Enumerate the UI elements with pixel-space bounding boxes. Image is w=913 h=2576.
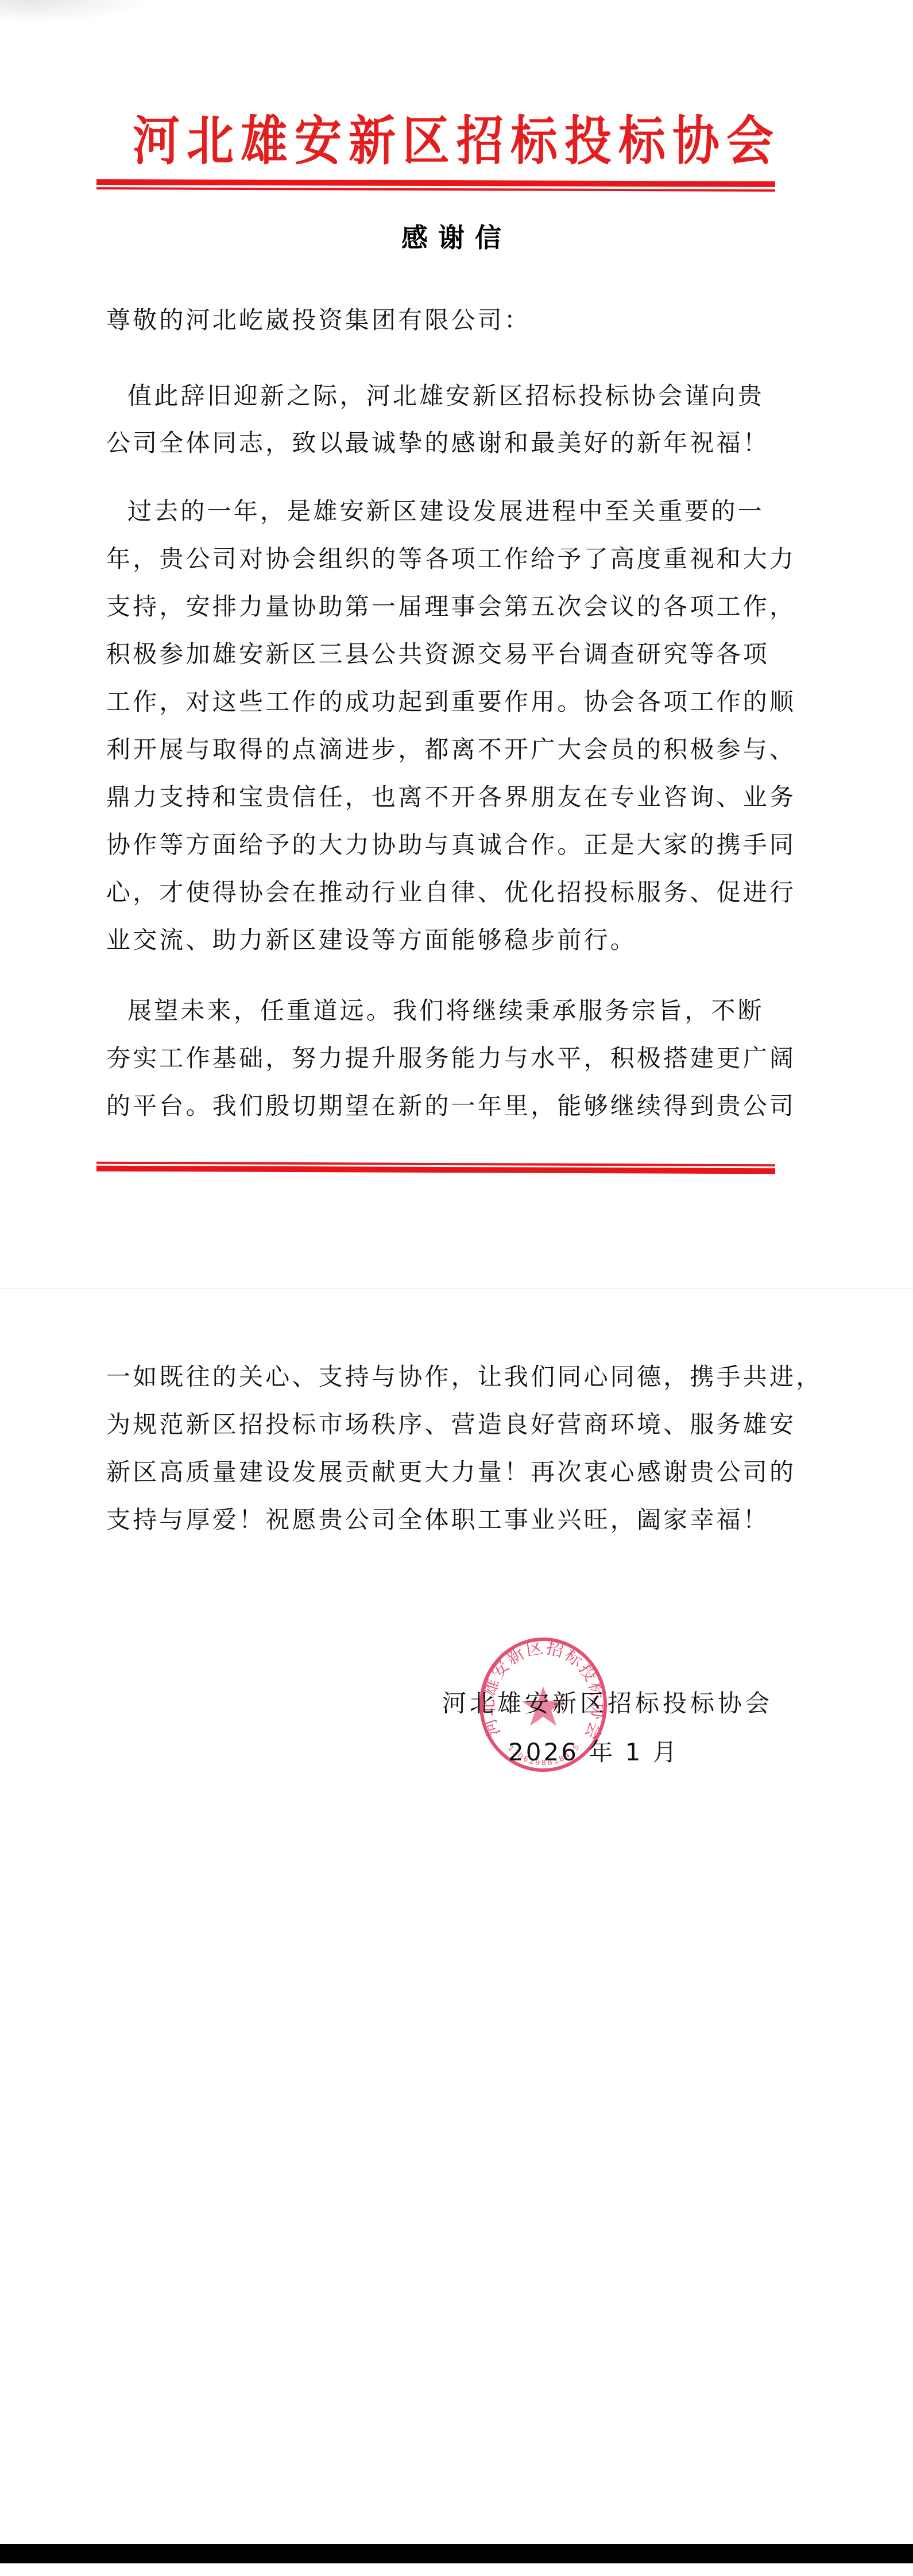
letterhead-title: 河北雄安新区招标投标协会 [0,109,913,173]
rule-thick-line [96,1166,775,1174]
paragraph2-line: 业交流、助力新区建设等方面能够稳步前行。 [106,925,637,955]
paragraph1-line: 公司全体同志，致以最诚挚的感谢和最美好的新年祝福！ [106,428,769,458]
signature-organization: 河北雄安新区招标投标协会 [442,1685,773,1719]
paragraph2-line: 年，贵公司对协会组织的等各项工作给予了高度重视和大力 [106,544,796,574]
paragraph2-line: 心，才使得协会在推动行业自律、优化招投标服务、促进行 [106,878,796,907]
rule-thick-line [96,179,775,187]
paragraph2-line: 协作等方面给予的大力协助与真诚合作。正是大家的携手同 [106,830,796,860]
paragraph3-line: 展望未来，任重道远。我们将继续秉承服务宗旨，不断 [127,996,764,1026]
paragraph3-continued-line: 支持与厚爱！祝愿贵公司全体职工事业兴旺，阖家幸福！ [106,1505,769,1535]
paragraph1-line: 值此辞旧迎新之际，河北雄安新区招标投标协会谨向贵 [127,381,764,411]
paragraph3-continued-line: 一如既往的关心、支持与协作，让我们同心同德，携手共进， [106,1362,822,1392]
paragraph3-line: 夯实工作基础，努力提升服务能力与水平，积极搭建更广阔 [106,1043,796,1073]
paragraph3-continued-line: 新区高质量建设发展贡献更大力量！再次衷心感谢贵公司的 [106,1457,796,1487]
paragraph2-line: 积极参加雄安新区三县公共资源交易平台调查研究等各项 [106,639,769,669]
rule-thin-line [96,187,775,192]
page-break [0,1288,913,1289]
salutation: 尊敬的河北屹崴投资集团有限公司： [106,305,531,335]
footer-red-rule [96,1162,775,1177]
scan-bottom-edge [0,2544,913,2563]
paragraph2-line: 工作，对这些工作的成功起到重要作用。协会各项工作的顺 [106,687,796,717]
signature-date: 2026 年 1 月 [508,1733,679,1768]
scan-shadow [0,0,149,23]
paragraph2-line: 利开展与取得的点滴进步，都离不开广大会员的积极参与、 [106,735,796,765]
paragraph2-line: 支持，安排力量协助第一届理事会第五次会议的各项工作， [106,592,796,622]
paragraph3-line: 的平台。我们殷切期望在新的一年里，能够继续得到贵公司 [106,1091,796,1121]
letterhead-red-rule [96,179,775,194]
letter-title: 感谢信 [0,217,913,255]
paragraph3-continued-line: 为规范新区招投标市场秩序、营造良好营商环境、服务雄安 [106,1410,796,1440]
paragraph2-line: 鼎力支持和宝贵信任，也离不开各界朋友在专业咨询、业务 [106,782,796,812]
paragraph2-line: 过去的一年，是雄安新区建设发展进程中至关重要的一 [127,496,764,526]
